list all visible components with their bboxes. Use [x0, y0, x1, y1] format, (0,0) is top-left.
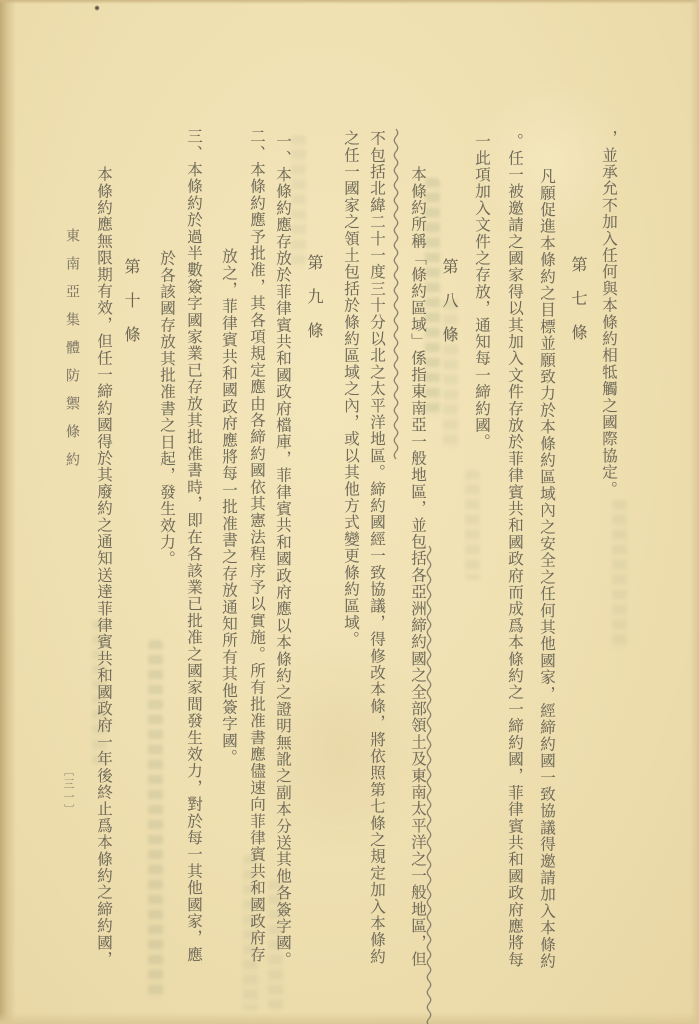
page-bottom-edge-shadow: [0, 1012, 699, 1024]
page-right-edge-shadow: [690, 0, 699, 1024]
article-9-item-2-col-2: 放之，菲律賓共和國政府應將每一批准書之存放通知所有其他簽字國。: [218, 248, 240, 766]
article-10-text-col-1: 本條約應無限期有效，但任一締約國得於其廢約之通知送達菲律賓共和國政府一年後終止爲…: [93, 166, 115, 968]
emphasis-wavy-line: [391, 129, 401, 447]
article-9-item-3-col-1: 三、本條約於過半數簽字國家業已存放其批准書時，即在各該業已批准之國家間發生效力，…: [183, 128, 205, 963]
bleed-through-text: [612, 500, 627, 650]
article-9-heading: 第九條: [303, 254, 326, 356]
article-7-text-col-1: 凡願促進本條約之目標並願致力於本條約區域內之安全之任何其他國家，經締約國一致協議…: [536, 168, 558, 970]
article-9-item-1: 一、本條約應存放於菲律賓共和國政府檔庫，菲律賓共和國政府應以本條約之證明無訛之副…: [272, 133, 294, 968]
ink-speck: [95, 6, 99, 10]
article-7-text-col-2: 。任一被邀請之國家得以其加入文件存放於菲律賓共和國政府而成爲本條約之一締約國，菲…: [504, 133, 526, 968]
article-7-heading: 第七條: [567, 256, 590, 358]
bleed-through-text: [148, 640, 163, 1000]
scanned-page: ，並承允不加入任何與本條約相牴觸之國際協定。 第七條 凡願促進本條約之目標並願致…: [0, 0, 699, 1024]
bleed-through-text: [465, 470, 480, 580]
article-10-heading: 第十條: [120, 258, 143, 360]
article-6-continuation-column: ，並承允不加入任何與本條約相牴觸之國際協定。: [598, 130, 620, 497]
page-left-edge-shadow: [0, 0, 16, 1024]
article-7-text-col-3: 一此項加入文件之存放，通知每一締約國。: [471, 133, 493, 450]
article-8-text-col-2: 不包括北緯二十一度三十分以北之太平洋地區。締約國經一致協議，得修改本條，將依照第…: [366, 130, 388, 965]
page-number: 〔三一〕: [60, 765, 76, 817]
page-top-edge-shadow: [0, 0, 699, 4]
article-8-heading: 第八條: [438, 258, 461, 360]
article-9-item-2-col-1: 二、本條約應予批准，其各項規定應由各締約國依其憲法程序予以實施。所有批准書應儘速…: [246, 128, 268, 963]
article-8-text-col-1: 本條約所稱「條約區域」係指東南亞一般地區，並包括各亞洲締約國之全部領土及東南太平…: [407, 166, 429, 968]
book-spine-title: 東南亞集體防禦條約: [62, 228, 82, 480]
article-8-text-col-3: 之任一國家之領土包括於條約區域之內，或以其他方式變更條約區域。: [340, 130, 362, 648]
article-9-item-3-col-2: 於各該國存放其批准書之日起，發生效力。: [156, 250, 178, 567]
